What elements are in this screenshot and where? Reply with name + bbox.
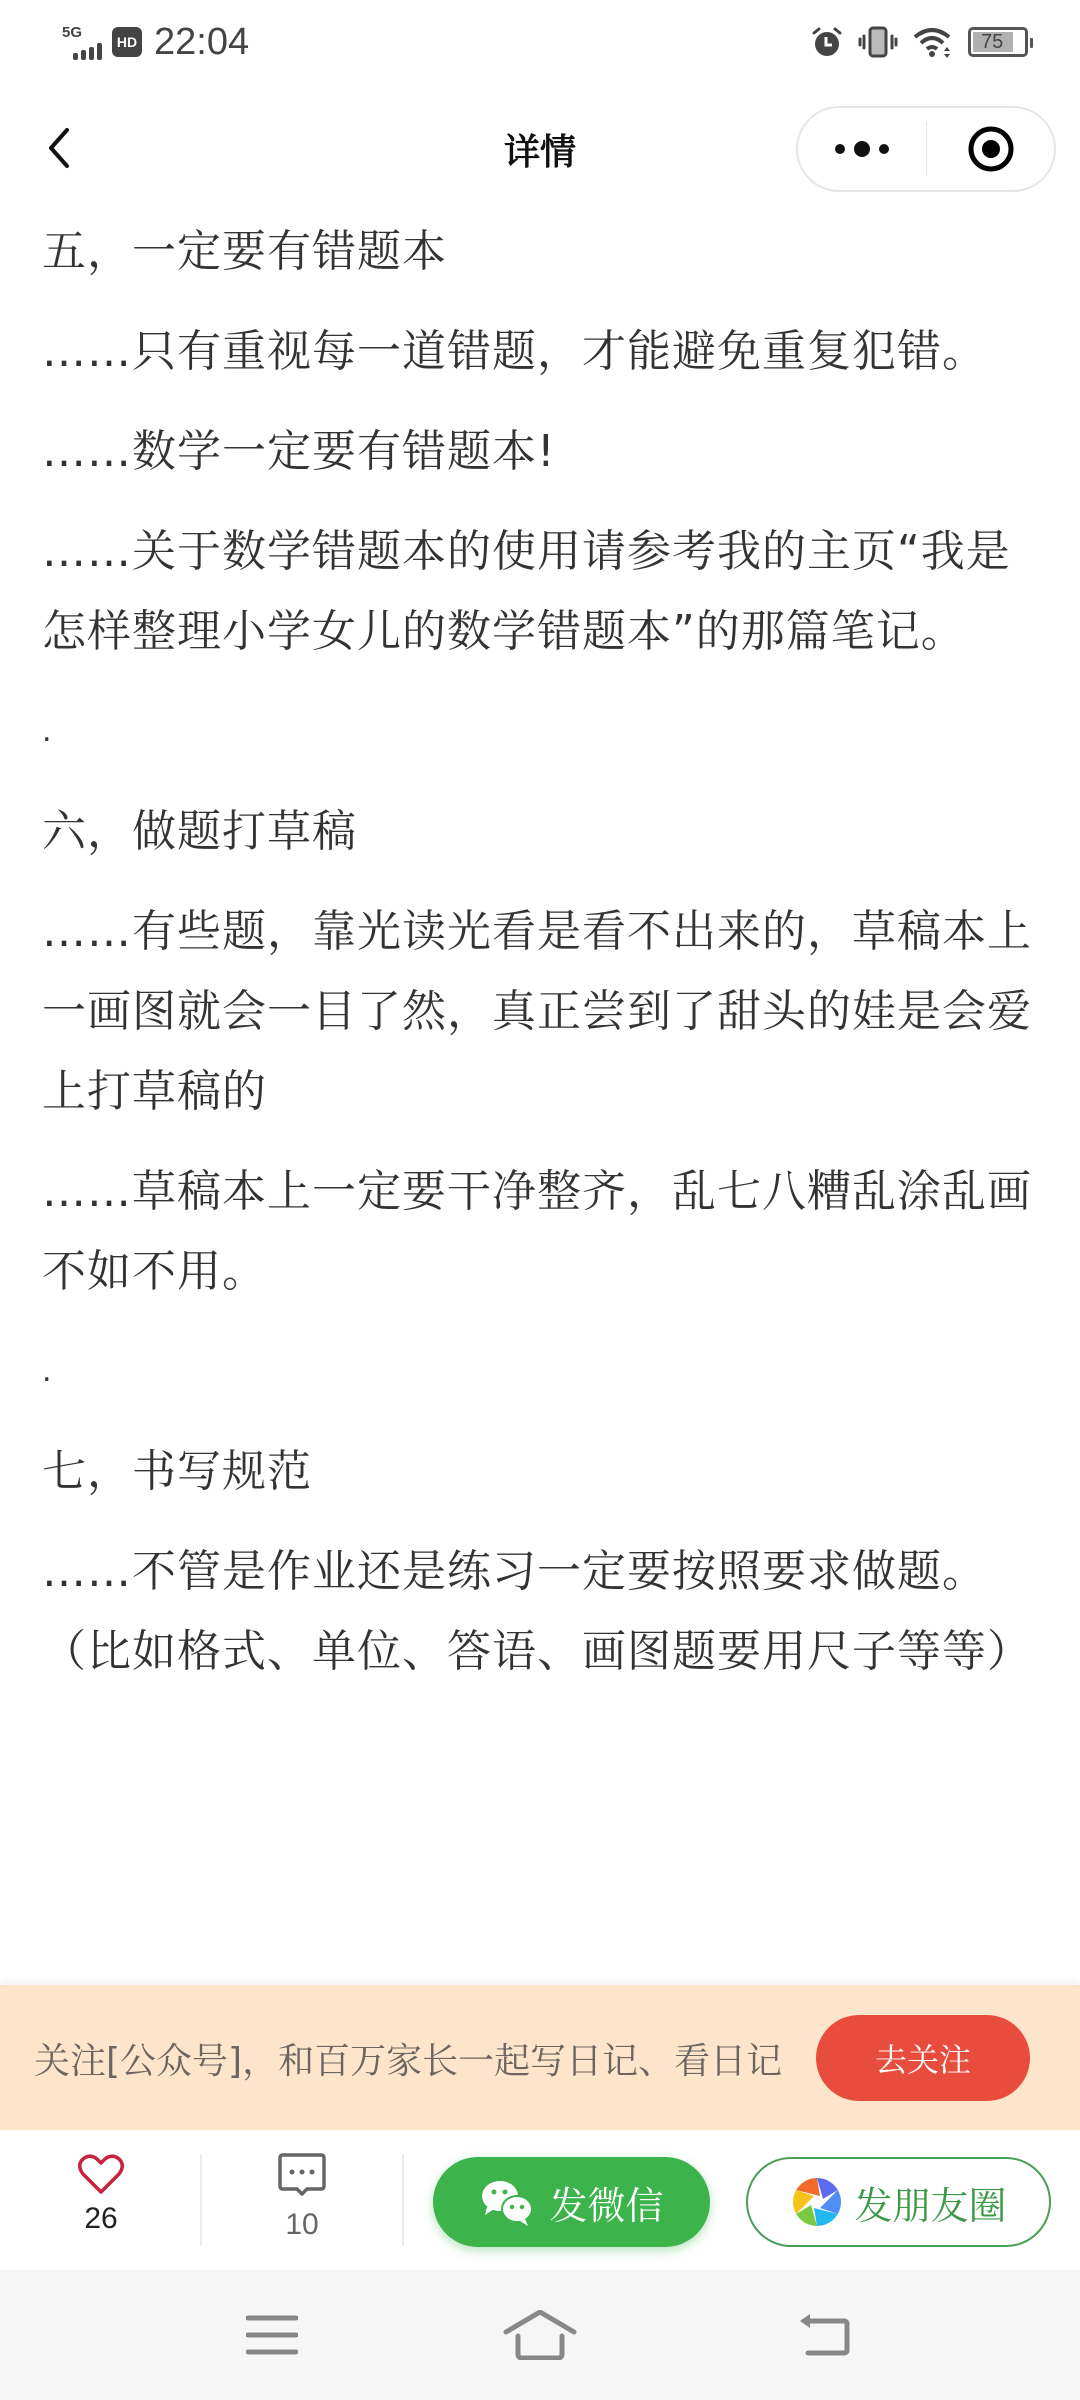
paragraph: ……数学一定要有错题本! <box>42 412 1042 492</box>
paragraph: ……关于数学错题本的使用请参考我的主页“我是怎样整理小学女儿的数学错题本”的那篇… <box>42 512 1042 672</box>
action-bar: 26 10 发微信 <box>0 2130 1080 2270</box>
section-heading: 七，书写规范 <box>42 1432 1042 1512</box>
target-close-icon <box>966 124 1016 174</box>
status-right: 75 <box>810 22 1028 62</box>
comment-icon <box>277 2152 327 2198</box>
paragraph: ……有些题，靠光读光看是看不出来的，草稿本上一画图就会一目了然，真正尝到了甜头的… <box>42 892 1042 1132</box>
paragraph: ……只有重视每一道错题，才能避免重复犯错。 <box>42 312 1042 392</box>
paragraph: ……草稿本上一定要干净整齐，乱七八糟乱涂乱画不如不用。 <box>42 1152 1042 1312</box>
separator-dot: . <box>42 1332 1042 1412</box>
article-body: 五，一定要有错题本 ……只有重视每一道错题，才能避免重复犯错。 ……数学一定要有… <box>42 212 1042 1712</box>
follow-prompt: 关注[公众号]，和百万家长一起写日记、看日记 <box>34 2033 782 2084</box>
follow-button[interactable]: 去关注 <box>816 2015 1030 2101</box>
moments-aperture-icon <box>790 2175 844 2229</box>
action-divider <box>402 2154 404 2246</box>
comment-count: 10 <box>237 2208 367 2242</box>
wechat-icon <box>479 2177 535 2227</box>
signal-icon: 5G <box>60 22 108 62</box>
status-bar: 5G HD 22:04 75 <box>0 0 1080 80</box>
home-button[interactable] <box>500 2300 580 2370</box>
battery-level: 75 <box>981 31 1003 54</box>
system-nav-bar <box>0 2270 1080 2400</box>
recent-apps-button[interactable] <box>232 2300 312 2370</box>
section-heading: 五，一定要有错题本 <box>42 212 1042 292</box>
mini-program-capsule <box>796 106 1056 192</box>
share-moments-button[interactable]: 发朋友圈 <box>746 2157 1051 2247</box>
network-type: 5G <box>62 24 82 41</box>
share-moments-label: 发朋友圈 <box>854 2175 1006 2230</box>
share-wechat-label: 发微信 <box>549 2175 663 2230</box>
wifi-icon <box>912 25 954 59</box>
more-dots-icon <box>835 144 845 154</box>
close-button[interactable] <box>927 108 1054 190</box>
clock: 22:04 <box>154 21 249 64</box>
like-count: 26 <box>36 2202 166 2236</box>
heart-icon <box>77 2152 125 2196</box>
action-divider <box>200 2154 202 2246</box>
follow-banner: 关注[公众号]，和百万家长一起写日记、看日记 去关注 <box>0 1985 1080 2130</box>
status-left: 5G HD 22:04 <box>60 20 249 64</box>
battery-icon: 75 <box>968 27 1028 57</box>
more-button[interactable] <box>798 108 926 190</box>
menu-icon <box>246 2313 298 2357</box>
comment-button[interactable]: 10 <box>237 2152 367 2242</box>
home-icon <box>502 2310 578 2360</box>
vibrate-icon <box>858 25 898 59</box>
nav-bar: 详情 <box>0 100 1080 196</box>
share-wechat-button[interactable]: 发微信 <box>433 2157 710 2247</box>
section-heading: 六，做题打草稿 <box>42 792 1042 872</box>
hd-icon: HD <box>112 27 142 57</box>
back-icon <box>796 2312 852 2358</box>
like-button[interactable]: 26 <box>36 2152 166 2236</box>
separator-dot: . <box>42 692 1042 772</box>
paragraph: ……不管是作业还是练习一定要按照要求做题。（比如格式、单位、答语、画图题要用尺子… <box>42 1532 1042 1692</box>
alarm-icon <box>810 25 844 59</box>
back-nav-button[interactable] <box>784 2300 864 2370</box>
